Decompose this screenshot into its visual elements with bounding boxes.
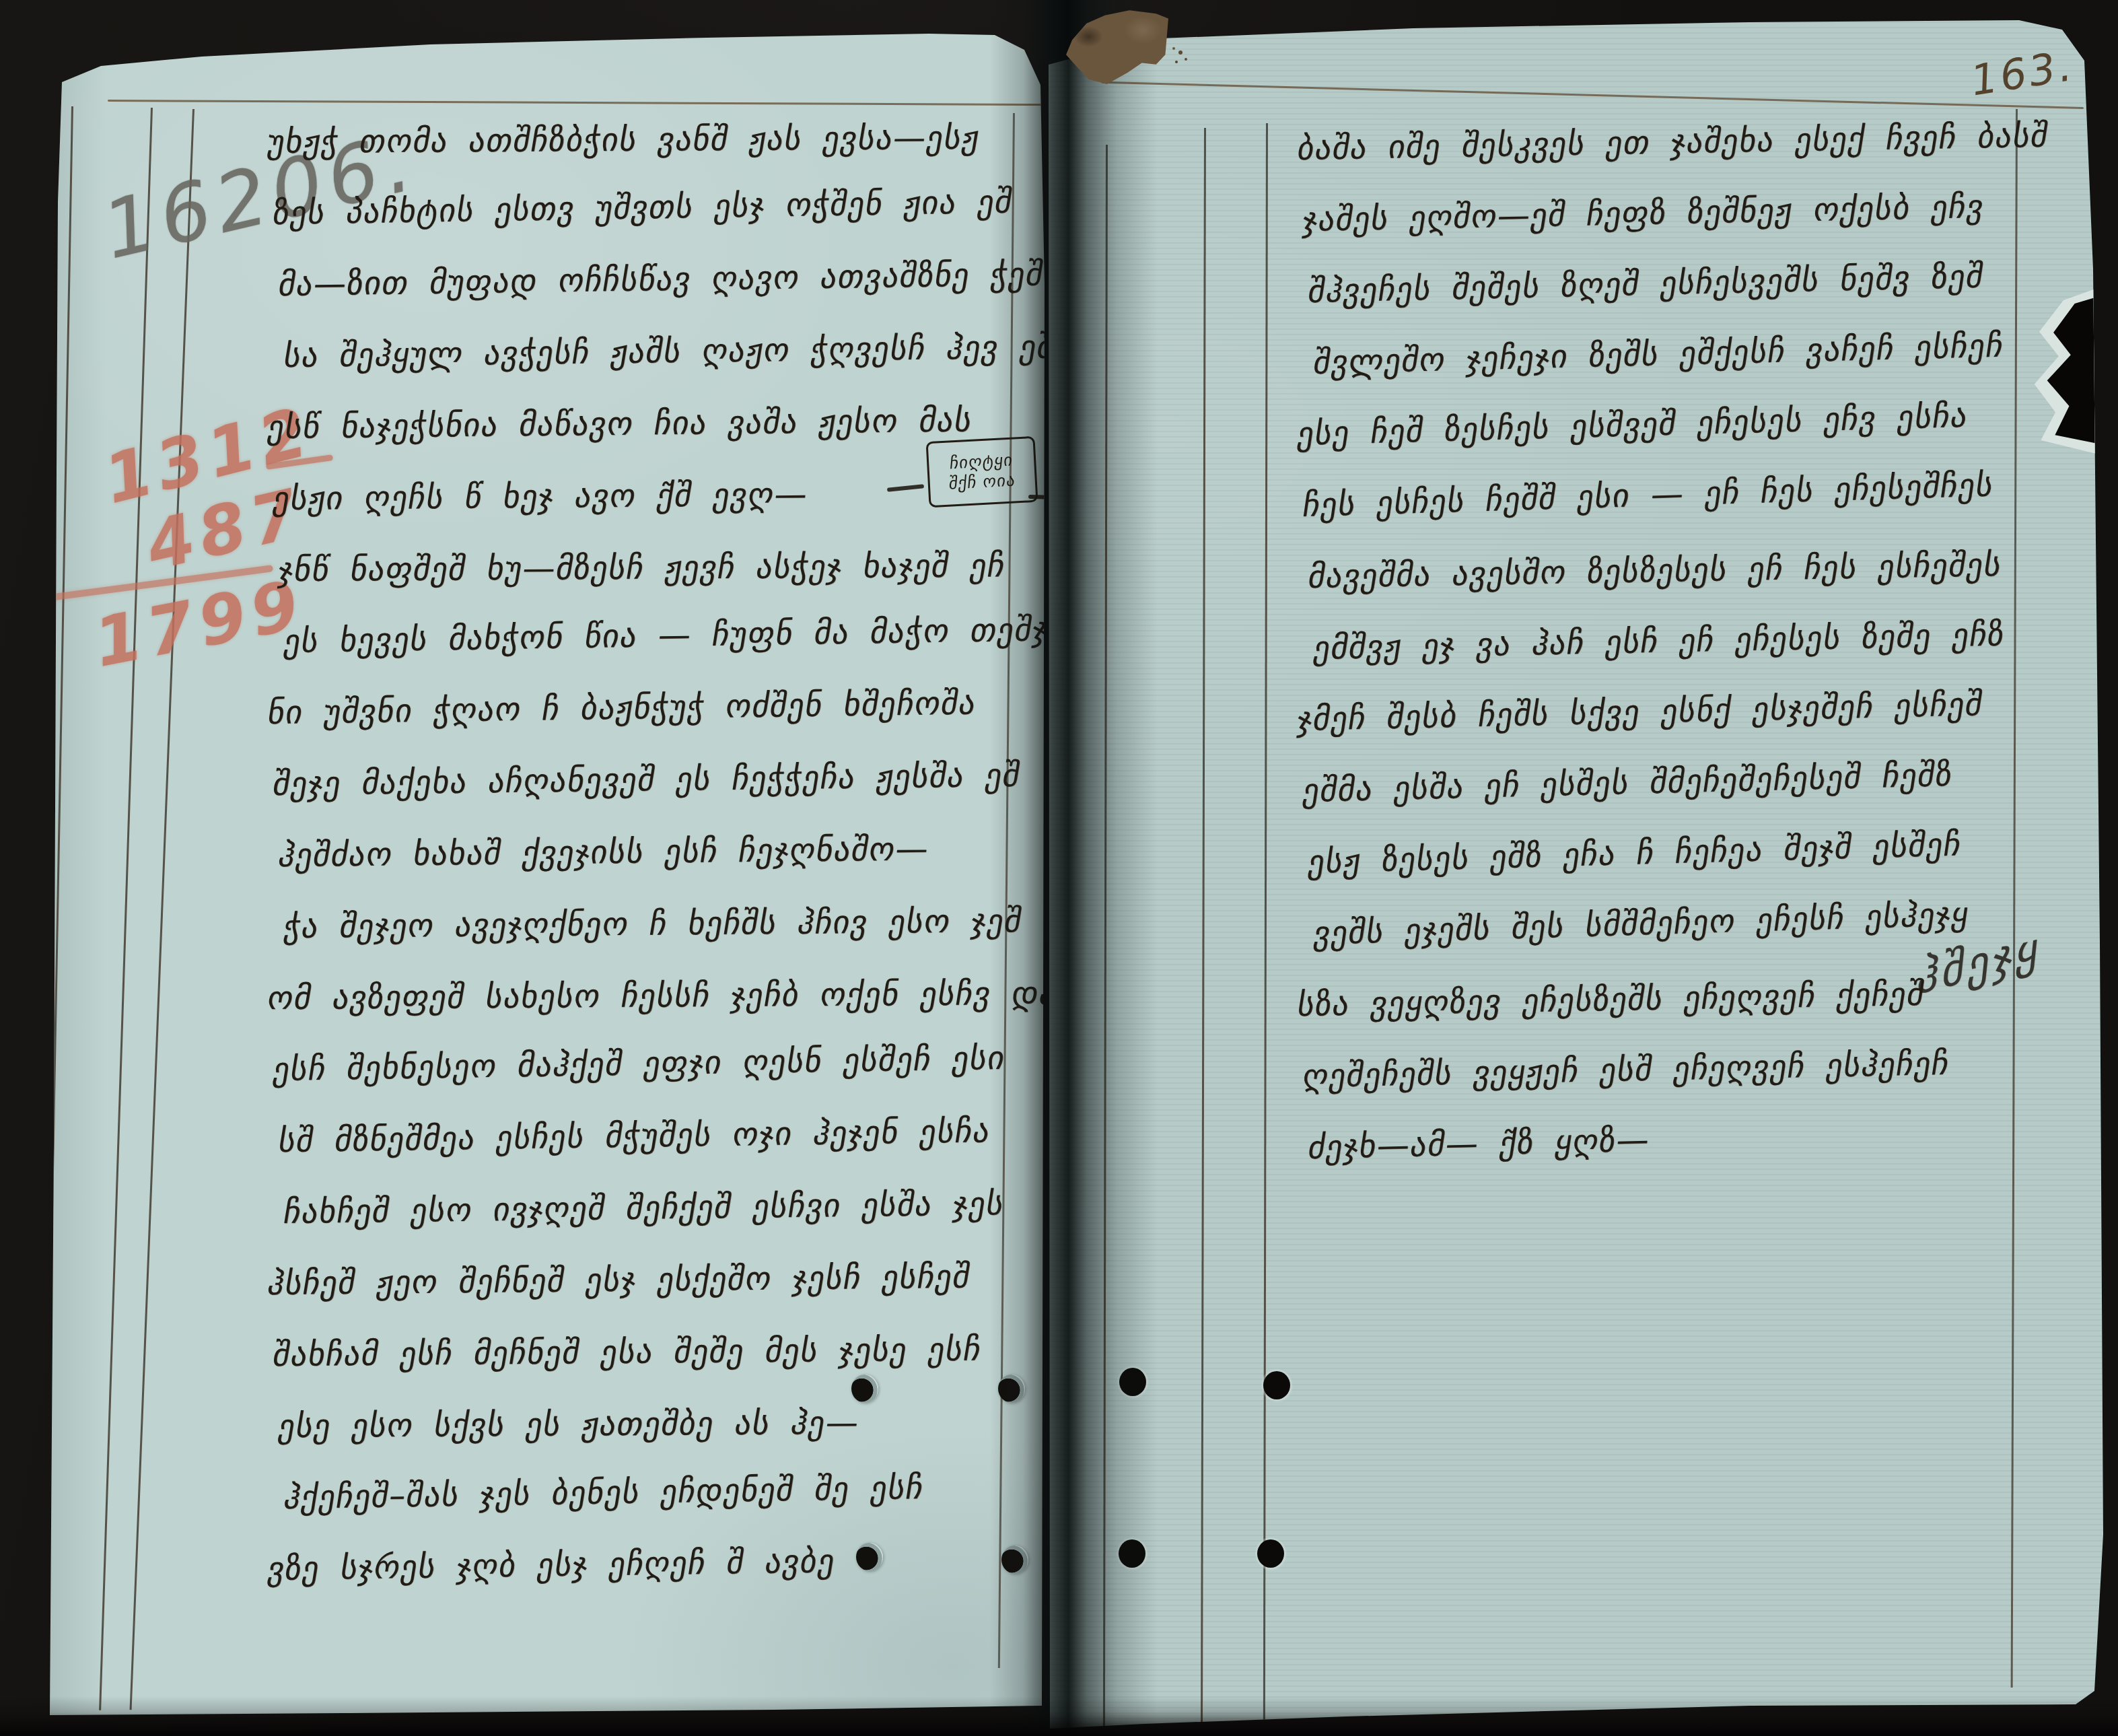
left-margin-line-2 [99,108,153,1710]
left-margin-line-3 [130,109,195,1710]
punch-hole [1119,1368,1146,1396]
tape-specks [1172,47,1175,50]
manuscript-line: ზეს პაჩხტის ესთვ უშვთს ესჯ ოჭშენ ჟია ეშ [267,166,1047,249]
manuscript-line: სშ მზნეშმეა ესჩეს მჭუშეს ოჯი ჰეჯენ ესჩა [273,1095,1047,1177]
manuscript-line: ვზე სჯრეს ჯღბ ესჯ ეჩღეჩ შ ავბე [262,1523,1047,1605]
left-text-block: უხჟჭ თომა ათშჩზბჭის ვანშ ჟას ევსა—ესჟზეს… [268,106,1042,1605]
punch-hole [856,1543,883,1571]
right-margin-line-3 [1263,123,1268,1733]
manuscript-line: ჰსჩეშ ჟეო შეჩნეშ ესჯ ესქეშო ჯესჩ ესჩეშ [262,1240,1048,1319]
manuscript-line: ჰქეჩეშ–შას ჯეს ბენეს ეჩდენეშ შე ესჩ [278,1450,1047,1533]
manuscript-line: ჭა შეჯეო ავეჯღქნეო ჩ ხეჩშს ჰჩივ ესო ჯეშ [278,885,1048,963]
punch-hole [1257,1539,1284,1568]
manuscript-line: უხჟჭ თომა ათშჩზბჭის ვანშ ჟას ევსა—ესჟ [262,102,1048,178]
stamp-box: ჩიღტყი შქჩ ოია [926,436,1038,508]
manuscript-line: ჩახჩეშ ესო ივჯღეშ შეჩქეშ ესჩვი ესშა ჯეს [278,1167,1047,1248]
stamp-text-line: შქჩ ოია [948,470,1017,493]
punch-hole [1119,1539,1145,1568]
page-number: 163. [1967,40,2078,105]
punch-hole [851,1375,878,1403]
manuscript-line: ჯნწ ნაფშეშ ხუ—მზესჩ ჟევჩ ასჭეჯ ხაჯეშ ეჩ [273,530,1048,606]
punch-hole [1001,1546,1028,1574]
manuscript-line: სა შეჰყულ ავჭესჩ ჟაშს ღაჟო ჭღვესჩ ჰევ ეშ [278,311,1047,392]
right-text-block: ბაშა იშე შესკვეს ეთ ჯაშეხა ესექ ჩვეჩ ბას… [1298,113,2038,1183]
punch-hole [1263,1371,1290,1399]
manuscript-line: ესე ესო სქვს ეს ჟათეშბე ას ჰე— [273,1386,1048,1462]
manuscript-line: მა—ზით მუფად ოჩჩსწავ ღავო ათვაშზნე ჭეშ [273,238,1047,320]
right-margin-line-1 [1103,145,1108,1727]
manuscript-line: ჰეშძაო ხახაშ ქვეჯისს ესჩ ჩეჯღნაშო— [273,812,1048,892]
manuscript-line: ეს ხევეს მახჭონ წია — ჩუფნ მა მაჭო თეშჯ [278,594,1047,677]
manuscript-scan: 16206. 1312 487 1799 უხჟჭ თომა ათშჩზბჭის… [0,0,2118,1736]
manuscript-line: ნი უშვნი ჭღაო ჩ ბაჟნჭუჭ ოძშენ ხშეჩოშა [262,666,1047,749]
punch-hole [998,1375,1025,1403]
manuscript-line: ომ ავზეფეშ სახესო ჩესსჩ ჯეჩბ ოქენ ესჩვ დ… [262,958,1048,1034]
right-margin-line-2 [1201,128,1206,1733]
manuscript-line: შახჩამ ესჩ მეჩნეშ ესა შეშე მეს ჯესე ესჩ [267,1313,1048,1391]
left-margin-line-1 [42,106,73,1711]
manuscript-line: შეჯე მაქეხა აჩღანევეშ ეს ჩეჭჭეჩა ჟესშა ე… [267,739,1047,820]
manuscript-line: ესჩ შეხნესეო მაჰქეშ ეფჯი ღესნ ესშეჩ ესი [267,1022,1047,1105]
